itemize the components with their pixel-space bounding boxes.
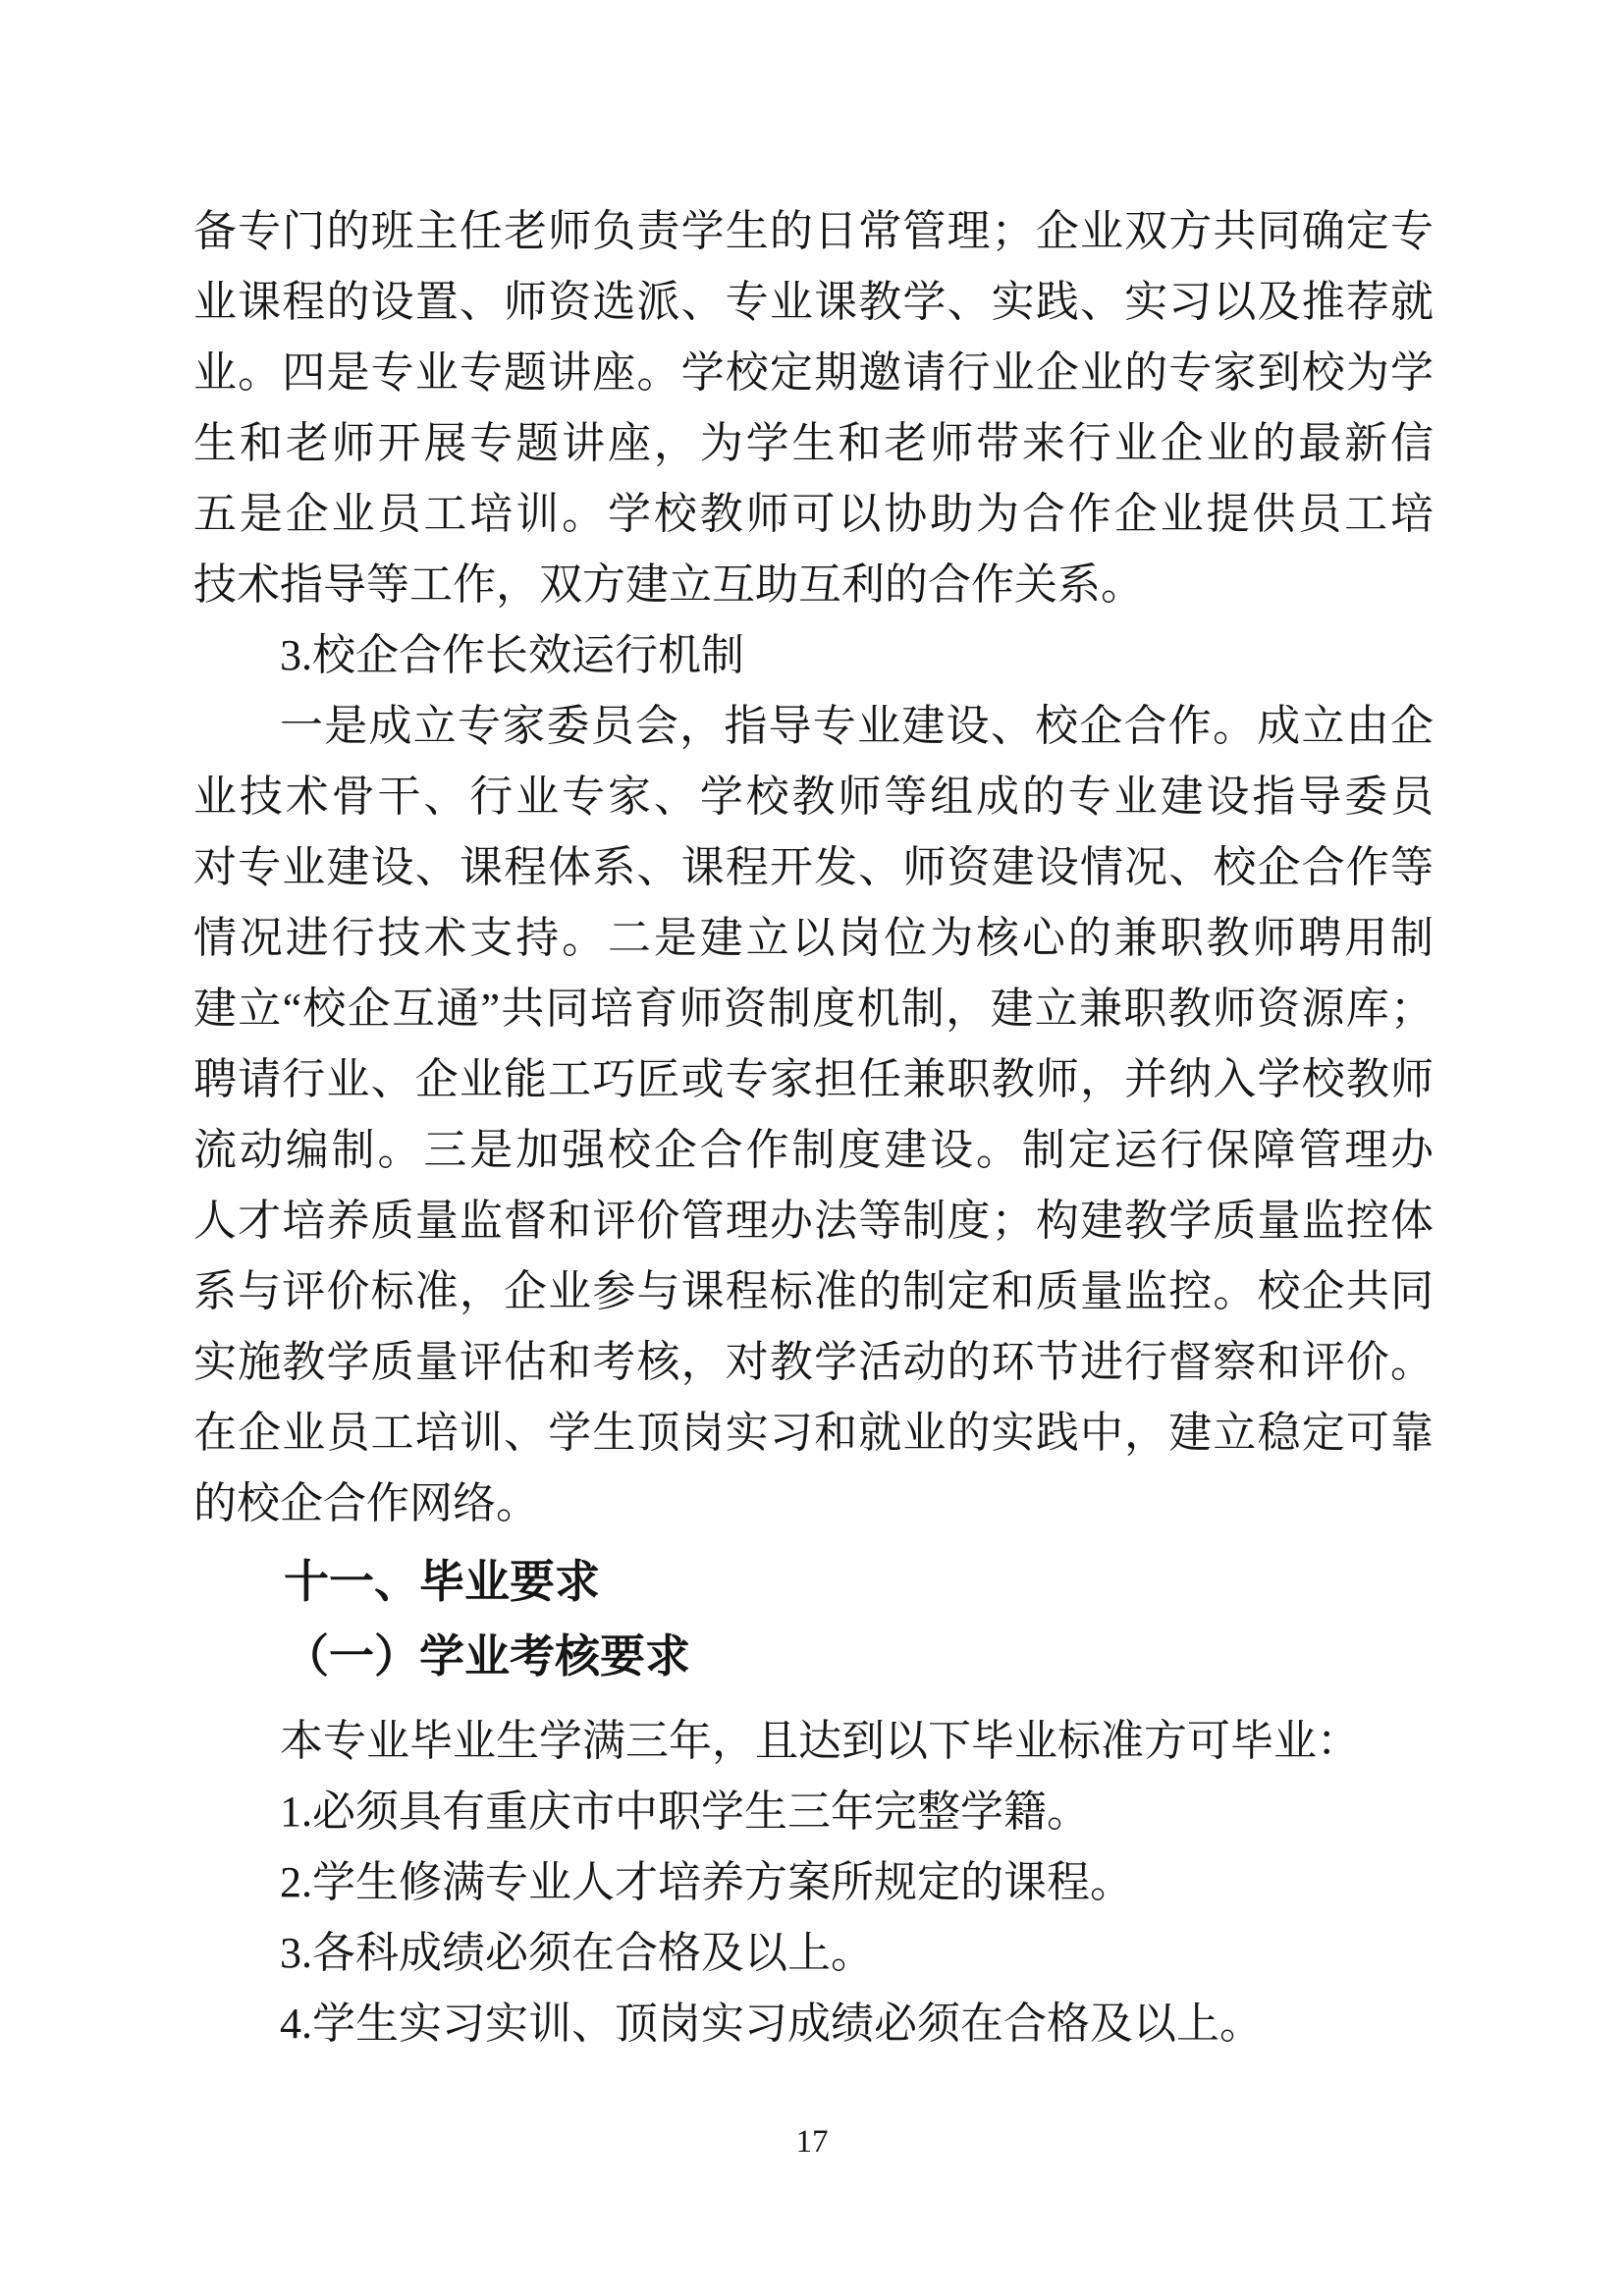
text-line: 流动编制。三是加强校企合作制度建设。制定运行保障管理办法、 bbox=[193, 1115, 1434, 1186]
text-line: 聘请行业、企业能工巧匠或专家担任兼职教师，并纳入学校教师 bbox=[193, 1044, 1434, 1115]
page-number: 17 bbox=[0, 2122, 1624, 2162]
section-heading-graduation-requirements: 十一、毕业要求 bbox=[193, 1545, 1434, 1620]
text-line: 建立“校企互通”共同培育师资制度机制，建立兼职教师资源库； bbox=[193, 974, 1434, 1044]
text-line: 技术指导等工作，双方建立互助互利的合作关系。 bbox=[193, 550, 1434, 620]
text-line: 业。四是专业专题讲座。学校定期邀请行业企业的专家到校为学 bbox=[193, 338, 1434, 408]
text-line: 业技术骨干、行业专家、学校教师等组成的专业建设指导委员会， bbox=[193, 762, 1434, 832]
text-line: 的校企合作网络。 bbox=[193, 1468, 1434, 1539]
text-line: 五是企业员工培训。学校教师可以协助为合作企业提供员工培训、 bbox=[193, 479, 1434, 550]
text-line: 本专业毕业生学满三年，且达到以下毕业标准方可毕业： bbox=[193, 1706, 1434, 1777]
text-line: 生和老师开展专题讲座，为学生和老师带来行业企业的最新信息。 bbox=[193, 408, 1434, 479]
document-page: 备专门的班主任老师负责学生的日常管理；企业双方共同确定专 业课程的设置、师资选派… bbox=[0, 0, 1624, 2296]
text-line: 情况进行技术支持。二是建立以岗位为核心的兼职教师聘用制度。 bbox=[193, 903, 1434, 974]
text-line: 业课程的设置、师资选派、专业课教学、实践、实习以及推荐就 bbox=[193, 267, 1434, 338]
text-line: 4.学生实习实训、顶岗实习成绩必须在合格及以上。 bbox=[193, 1989, 1434, 2059]
text-block: 备专门的班主任老师负责学生的日常管理；企业双方共同确定专 业课程的设置、师资选派… bbox=[193, 196, 1434, 2059]
text-line: 3.各科成绩必须在合格及以上。 bbox=[193, 1918, 1434, 1989]
text-line: 人才培养质量监督和评价管理办法等制度；构建教学质量监控体 bbox=[193, 1186, 1434, 1256]
text-line: 系与评价标准，企业参与课程标准的制定和质量监控。校企共同 bbox=[193, 1256, 1434, 1327]
text-line: 对专业建设、课程体系、课程开发、师资建设情况、校企合作等 bbox=[193, 832, 1434, 903]
text-line: 一是成立专家委员会，指导专业建设、校企合作。成立由企 bbox=[193, 691, 1434, 762]
text-line: 实施教学质量评估和考核，对教学活动的环节进行督察和评价。 bbox=[193, 1327, 1434, 1398]
text-line: 备专门的班主任老师负责学生的日常管理；企业双方共同确定专 bbox=[193, 196, 1434, 267]
text-line: 1.必须具有重庆市中职学生三年完整学籍。 bbox=[193, 1777, 1434, 1847]
text-line: 在企业员工培训、学生顶岗实习和就业的实践中，建立稳定可靠 bbox=[193, 1398, 1434, 1468]
item-heading-cooperation-mechanism: 3.校企合作长效运行机制 bbox=[193, 620, 1434, 691]
text-line: 2.学生修满专业人才培养方案所规定的课程。 bbox=[193, 1847, 1434, 1918]
subsection-heading-academic-assessment: （一）学业考核要求 bbox=[193, 1620, 1434, 1694]
